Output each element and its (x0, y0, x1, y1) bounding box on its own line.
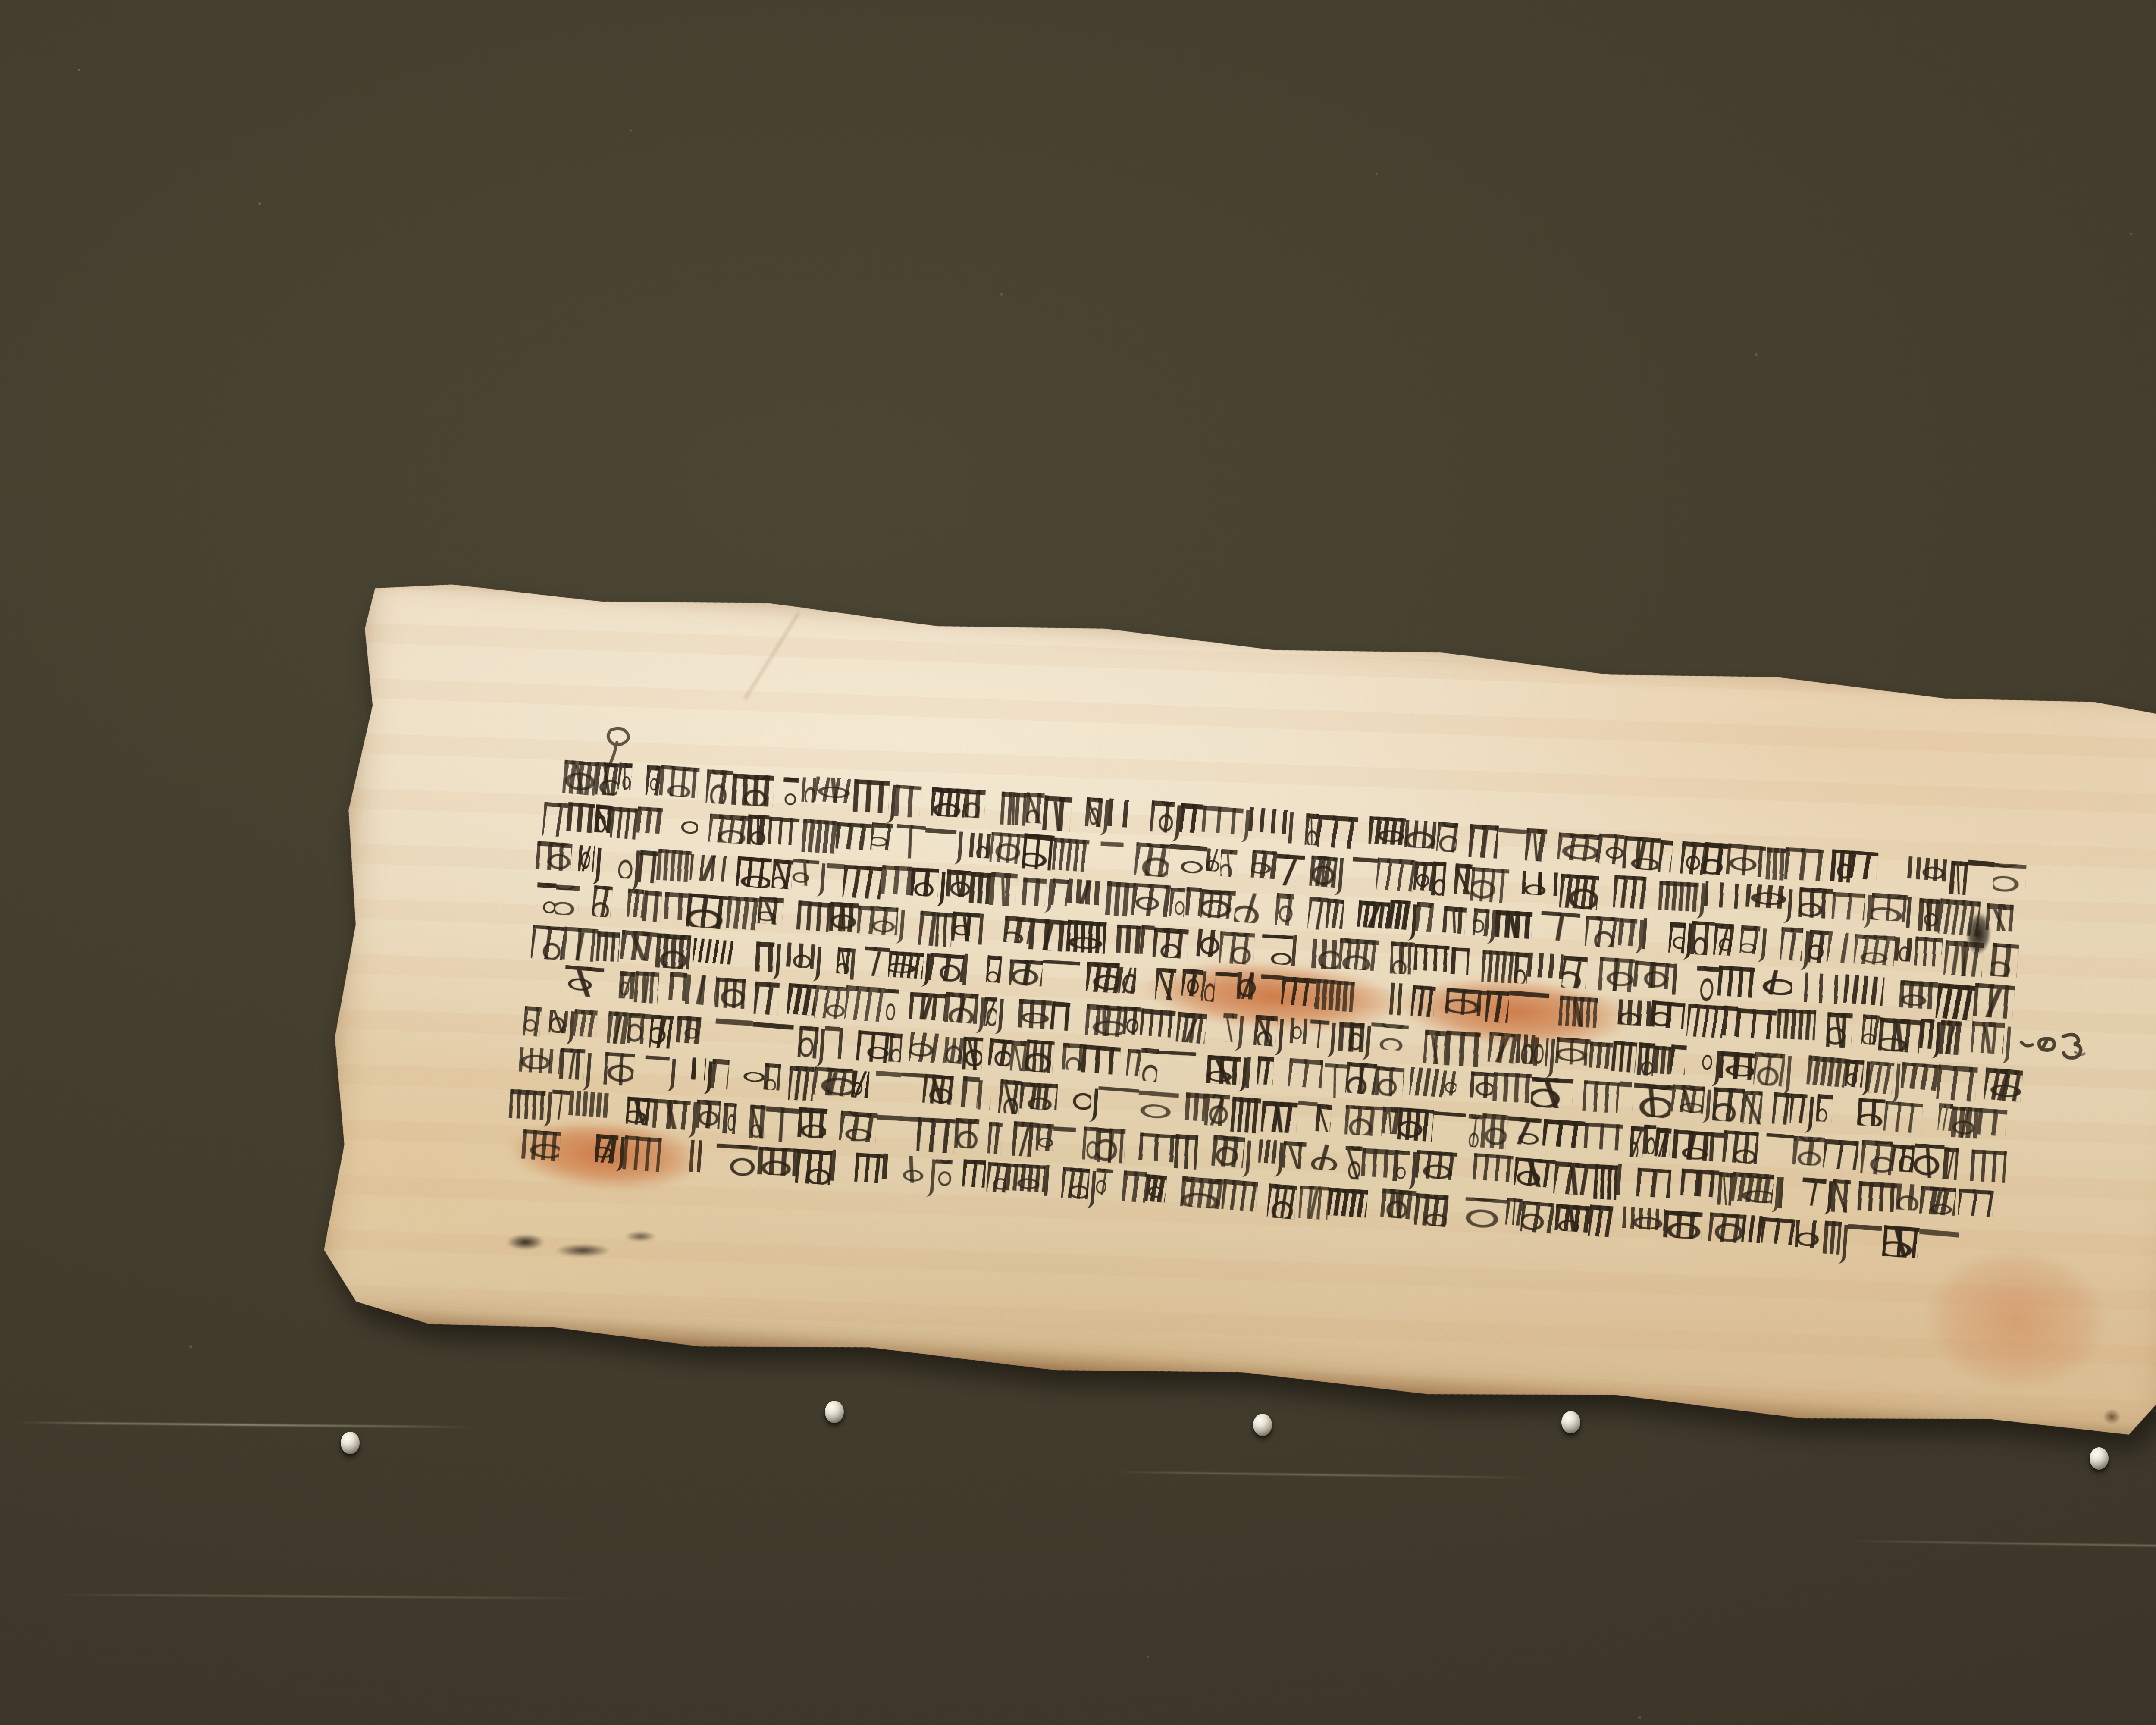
word-gap (992, 1079, 1001, 1083)
script-glyph-cluster (1919, 1186, 1956, 1216)
word-gap (1058, 1084, 1070, 1088)
script-glyph-cluster (1505, 1198, 1523, 1226)
script-glyph-cluster (969, 833, 991, 859)
script-glyph-cluster (1808, 930, 1829, 963)
script-glyph-cluster (1315, 1104, 1332, 1132)
word-gap (542, 1007, 551, 1011)
script-glyph-cluster (1139, 1048, 1159, 1082)
script-glyph-cluster (1795, 1220, 1824, 1249)
word-gap (1741, 884, 1747, 888)
script-glyph-cluster (1296, 1101, 1318, 1134)
word-gap (781, 1064, 790, 1068)
script-glyph-cluster (961, 1076, 980, 1108)
script-glyph-cluster (1480, 1113, 1508, 1149)
word-gap (663, 809, 680, 813)
script-glyph-cluster (1633, 960, 1674, 990)
script-glyph-cluster (1761, 1217, 1795, 1245)
script-glyph-cluster (962, 1159, 986, 1188)
word-gap (2007, 1151, 2009, 1154)
script-glyph-cluster (870, 822, 893, 850)
script-glyph-cluster (1680, 1169, 1720, 1198)
pin (2090, 1447, 2109, 1470)
script-glyph-cluster (555, 884, 580, 916)
script-glyph-cluster (1713, 923, 1734, 956)
script-glyph-cluster (1745, 884, 1786, 909)
script-glyph-cluster (924, 828, 957, 856)
script-glyph-cluster (1042, 795, 1072, 832)
word-gap (2011, 1025, 2015, 1029)
word-gap (1683, 963, 1697, 967)
word-gap (2007, 1108, 2021, 1112)
script-glyph-cluster (1764, 1133, 1794, 1162)
script-glyph-cluster (854, 1153, 884, 1183)
script-glyph-cluster (1468, 824, 1498, 859)
script-glyph-cluster (1096, 1086, 1139, 1121)
script-glyph-cluster (1846, 1224, 1882, 1258)
script-glyph-cluster (1899, 980, 1938, 1010)
word-gap (783, 899, 798, 903)
script-glyph-cluster (1221, 1179, 1258, 1212)
script-glyph-cluster (1376, 858, 1415, 892)
descender-stroke (665, 1058, 676, 1092)
word-gap (1354, 980, 1365, 985)
descender-stroke (894, 909, 905, 944)
word-gap (1106, 922, 1118, 926)
script-glyph-cluster (1185, 887, 1202, 916)
script-glyph-cluster (1857, 1098, 1886, 1127)
word-gap (1124, 841, 1136, 845)
word-gap (1244, 1014, 1256, 1019)
script-glyph-cluster (918, 911, 937, 946)
script-glyph-cluster (627, 1013, 652, 1045)
script-glyph-cluster (1445, 988, 1488, 1016)
word-gap (2015, 987, 2017, 990)
word-gap (1189, 928, 1199, 932)
script-glyph-cluster (1507, 991, 1550, 1026)
script-glyph-cluster (1094, 1168, 1113, 1196)
script-glyph-cluster (1515, 1034, 1535, 1064)
word-gap (979, 1120, 989, 1124)
script-glyph-cluster (1702, 842, 1728, 876)
script-glyph-cluster (685, 974, 717, 1006)
script-glyph-cluster (1883, 1101, 1923, 1134)
word-gap (1628, 1165, 1638, 1169)
script-glyph-cluster (928, 953, 964, 982)
script-glyph-cluster (951, 912, 980, 942)
script-glyph-cluster (893, 1155, 929, 1184)
word-gap (963, 830, 971, 834)
script-glyph-cluster (1431, 862, 1446, 896)
script-glyph-cluster (1131, 883, 1171, 917)
script-glyph-cluster (989, 832, 1025, 864)
script-glyph-cluster (788, 1066, 814, 1101)
script-glyph-cluster (1680, 841, 1705, 875)
script-glyph-cluster (876, 1115, 918, 1144)
photo-backdrop (0, 0, 2156, 1725)
script-glyph-cluster (1918, 898, 1940, 932)
script-glyph-cluster (1390, 941, 1415, 975)
script-glyph-cluster (1861, 1014, 1880, 1045)
word-gap (1763, 1091, 1774, 1095)
word-gap (612, 887, 628, 891)
script-glyph-cluster (1022, 833, 1054, 870)
scratch-line (17, 1421, 474, 1428)
word-gap (1457, 1070, 1471, 1074)
script-glyph-cluster (1206, 1055, 1241, 1085)
script-glyph-cluster (1345, 1062, 1377, 1095)
script-glyph-cluster (542, 802, 568, 837)
script-glyph-cluster (1617, 999, 1652, 1026)
script-glyph-cluster (1653, 1046, 1671, 1075)
script-glyph-cluster (1823, 1139, 1859, 1170)
script-glyph-cluster (1454, 863, 1472, 894)
word-gap (1404, 1066, 1411, 1070)
descender-stroke (770, 943, 781, 980)
script-glyph-cluster (1650, 1000, 1686, 1029)
descender-stroke (1861, 894, 1872, 928)
script-glyph-cluster (563, 965, 605, 998)
word-gap (793, 1024, 800, 1028)
script-glyph-cluster (1423, 1030, 1447, 1065)
script-glyph-cluster (1709, 1132, 1724, 1162)
script-glyph-cluster (1613, 875, 1646, 909)
word-gap (1125, 1130, 1140, 1134)
script-glyph-cluster (835, 822, 871, 850)
script-glyph-cluster (1722, 1006, 1738, 1036)
script-glyph-cluster (857, 906, 898, 935)
script-glyph-cluster (1214, 972, 1238, 1007)
script-glyph-cluster (1281, 976, 1317, 1007)
word-gap (729, 1060, 740, 1065)
word-gap (1959, 1147, 1972, 1151)
script-glyph-cluster (1470, 1071, 1494, 1099)
script-glyph-cluster (1636, 1168, 1671, 1198)
word-gap (1792, 888, 1800, 891)
script-glyph-cluster (656, 849, 692, 882)
word-gap (1671, 1168, 1682, 1172)
script-glyph-cluster (1611, 1041, 1637, 1073)
word-gap (572, 844, 580, 847)
word-gap (1905, 855, 1909, 859)
word-gap (1434, 903, 1444, 908)
script-glyph-cluster (1487, 1032, 1517, 1064)
script-glyph-cluster (578, 884, 594, 913)
script-glyph-cluster (796, 900, 830, 932)
text-block (307, 568, 2156, 1453)
script-glyph-cluster (1765, 847, 1786, 881)
script-glyph-cluster (1018, 999, 1052, 1029)
scratch-line (52, 1594, 591, 1600)
word-gap (659, 972, 671, 976)
script-glyph-cluster (1451, 947, 1470, 975)
script-glyph-cluster (916, 1117, 956, 1153)
script-glyph-cluster (988, 1038, 1012, 1067)
script-glyph-cluster (1126, 1049, 1141, 1076)
descender-stroke (564, 1011, 574, 1045)
script-glyph-cluster (1843, 974, 1885, 1006)
script-glyph-cluster (1669, 1044, 1686, 1075)
script-glyph-cluster (1375, 1066, 1405, 1098)
script-glyph-cluster (617, 762, 633, 790)
script-glyph-cluster (1943, 940, 1984, 977)
script-glyph-cluster (1784, 847, 1824, 881)
danda-mark (1288, 812, 1300, 844)
script-glyph-cluster (1155, 968, 1176, 1001)
script-glyph-cluster (1361, 1148, 1395, 1178)
word-gap (597, 1011, 608, 1015)
word-gap (1758, 1133, 1767, 1137)
script-glyph-cluster (1907, 856, 1948, 882)
script-glyph-cluster (829, 902, 859, 932)
script-glyph-cluster (1637, 1042, 1655, 1076)
script-glyph-cluster (1404, 820, 1438, 849)
script-glyph-cluster (1977, 1108, 2007, 1136)
word-gap (701, 1018, 716, 1022)
word-gap (953, 1158, 964, 1163)
word-gap (1653, 919, 1670, 923)
script-glyph-cluster (836, 947, 852, 974)
script-glyph-cluster (1658, 840, 1673, 872)
script-glyph-cluster (922, 1074, 954, 1105)
word-gap (974, 955, 987, 959)
script-glyph-cluster (1220, 849, 1238, 877)
word-gap (1767, 926, 1782, 931)
script-glyph-cluster (655, 933, 691, 969)
script-glyph-cluster (607, 1011, 629, 1044)
word-gap (1980, 900, 1987, 904)
script-glyph-cluster (986, 1162, 1008, 1192)
script-glyph-cluster (536, 882, 556, 915)
word-gap (1573, 1078, 1584, 1082)
script-glyph-cluster (1317, 815, 1358, 849)
script-glyph-cluster (1492, 1072, 1532, 1103)
script-glyph-cluster (1432, 1111, 1466, 1144)
script-glyph-cluster (771, 859, 793, 889)
script-glyph-cluster (1717, 966, 1755, 998)
script-glyph-cluster (676, 1016, 702, 1044)
script-glyph-cluster (636, 806, 663, 834)
script-glyph-cluster (618, 971, 635, 999)
script-glyph-cluster (1514, 1157, 1556, 1188)
script-glyph-cluster (627, 889, 644, 918)
script-glyph-cluster (753, 982, 780, 1015)
script-glyph-cluster (1062, 1043, 1083, 1071)
script-glyph-cluster (620, 930, 658, 961)
word-gap (921, 784, 933, 789)
script-glyph-cluster (559, 1130, 597, 1154)
script-glyph-cluster (1936, 1064, 1978, 1102)
script-glyph-cluster (1832, 1096, 1859, 1122)
script-glyph-cluster (1951, 1106, 1979, 1138)
script-glyph-cluster (1473, 1153, 1514, 1182)
descender-stroke (952, 831, 963, 865)
script-glyph-cluster (1137, 1090, 1179, 1125)
script-glyph-cluster (888, 951, 924, 979)
script-glyph-cluster (1275, 893, 1294, 926)
script-glyph-cluster (722, 1103, 737, 1134)
script-glyph-cluster (1830, 849, 1852, 882)
script-glyph-cluster (1530, 1077, 1573, 1109)
descender-stroke (1485, 909, 1496, 944)
script-glyph-cluster (1584, 1123, 1623, 1151)
word-gap (1509, 868, 1523, 872)
script-glyph-cluster (633, 971, 659, 1004)
script-glyph-cluster (1585, 916, 1620, 948)
script-glyph-cluster (1971, 1021, 2005, 1054)
script-glyph-cluster (1298, 1186, 1329, 1220)
word-gap (1824, 849, 1833, 853)
dust-specks (78, 69, 80, 71)
script-glyph-cluster (1415, 1150, 1457, 1180)
script-glyph-cluster (739, 1062, 765, 1085)
word-gap (1977, 1067, 1986, 1071)
script-glyph-cluster (1290, 1018, 1308, 1044)
script-glyph-cluster (1753, 1052, 1785, 1086)
pin (825, 1401, 844, 1423)
script-glyph-cluster (1485, 990, 1509, 1023)
script-glyph-cluster (874, 1071, 902, 1104)
script-glyph-cluster (1369, 1022, 1409, 1051)
word-gap (1167, 1174, 1182, 1179)
script-glyph-cluster (595, 762, 619, 796)
script-glyph-cluster (519, 1047, 561, 1074)
script-glyph-cluster (1854, 934, 1896, 966)
script-glyph-cluster (909, 1032, 946, 1063)
script-glyph-cluster (1937, 1103, 1953, 1131)
word-gap (1587, 956, 1600, 960)
script-glyph-cluster (1753, 969, 1793, 996)
script-glyph-cluster (1731, 1172, 1774, 1204)
script-glyph-cluster (1009, 959, 1043, 986)
word-gap (1332, 1103, 1346, 1107)
word-gap (1255, 932, 1263, 936)
script-glyph-cluster (1261, 1101, 1298, 1134)
word-gap (1923, 1102, 1939, 1107)
script-glyph-cluster (814, 985, 846, 1020)
word-gap (899, 989, 911, 994)
script-glyph-cluster (1105, 881, 1134, 917)
script-glyph-cluster (1118, 967, 1136, 994)
word-gap (632, 764, 647, 768)
script-glyph-cluster (763, 1063, 781, 1090)
script-glyph-cluster (943, 1037, 964, 1064)
script-glyph-cluster (1041, 960, 1080, 994)
script-glyph-cluster (1174, 1134, 1198, 1170)
script-glyph-cluster (1850, 850, 1879, 880)
script-glyph-cluster (1632, 1083, 1673, 1119)
script-glyph-cluster (1520, 1201, 1554, 1233)
script-glyph-cluster (1506, 1116, 1542, 1146)
word-gap (1072, 795, 1087, 800)
word-gap (1470, 948, 1483, 952)
word-gap (849, 1028, 859, 1032)
script-glyph-cluster (705, 769, 733, 804)
script-glyph-cluster (731, 774, 774, 807)
script-glyph-cluster (686, 893, 728, 929)
script-glyph-cluster (839, 1111, 877, 1143)
script-glyph-cluster (1559, 874, 1599, 910)
word-gap (1358, 816, 1370, 820)
word-gap (2023, 1071, 2027, 1075)
script-glyph-cluster (1012, 1121, 1037, 1157)
script-glyph-cluster (1181, 969, 1203, 997)
script-glyph-cluster (1816, 1094, 1833, 1122)
descender-stroke (920, 953, 931, 987)
script-glyph-cluster (1067, 878, 1104, 906)
script-glyph-cluster (1415, 902, 1434, 932)
script-glyph-cluster (768, 817, 799, 846)
script-glyph-cluster (1630, 1126, 1644, 1158)
script-glyph-cluster (1798, 887, 1833, 919)
script-glyph-cluster (883, 989, 899, 1021)
pin (341, 1432, 360, 1454)
script-glyph-cluster (1157, 1051, 1196, 1084)
danda-mark (962, 954, 974, 985)
word-gap (1134, 800, 1152, 804)
script-glyph-cluster (1259, 974, 1283, 1008)
script-glyph-cluster (824, 863, 844, 899)
script-glyph-cluster (664, 892, 688, 920)
rubricated-text (520, 1128, 691, 1183)
word-gap (986, 789, 1002, 794)
word-gap (774, 774, 784, 778)
manuscript-page (307, 568, 2156, 1453)
script-glyph-cluster (1211, 1135, 1245, 1168)
script-glyph-cluster (1206, 848, 1222, 872)
script-glyph-cluster (787, 983, 816, 1016)
script-glyph-cluster (1397, 1107, 1434, 1142)
script-glyph-cluster (1052, 838, 1090, 872)
script-glyph-cluster (642, 890, 662, 922)
script-glyph-cluster (1410, 985, 1436, 1017)
script-glyph-cluster (1622, 836, 1661, 871)
script-glyph-cluster (749, 1105, 766, 1139)
word-gap (737, 1103, 751, 1107)
script-glyph-cluster (736, 856, 772, 888)
word-gap (1305, 853, 1312, 857)
word-gap (1300, 812, 1307, 815)
script-glyph-cluster (786, 942, 815, 969)
script-glyph-cluster (1382, 1107, 1399, 1134)
script-glyph-cluster (934, 1159, 953, 1186)
script-glyph-cluster (801, 819, 837, 854)
word-gap (602, 846, 619, 850)
danda-mark (1906, 897, 1918, 928)
word-gap (1984, 941, 1993, 945)
script-glyph-cluster (696, 1100, 721, 1129)
script-glyph-cluster (678, 810, 699, 837)
script-glyph-cluster (1882, 1225, 1920, 1258)
script-glyph-cluster (910, 867, 939, 897)
script-glyph-cluster (1719, 1051, 1755, 1080)
script-glyph-cluster (1878, 1017, 1921, 1053)
script-glyph-cluster (1082, 1127, 1099, 1160)
script-glyph-cluster (1558, 996, 1598, 1028)
word-gap (1702, 1212, 1710, 1216)
script-glyph-cluster (1351, 857, 1378, 891)
script-glyph-cluster (603, 1052, 635, 1086)
word-gap (1446, 863, 1456, 868)
script-glyph-cluster (1025, 793, 1044, 824)
word-gap (1368, 1189, 1382, 1193)
script-glyph-cluster (852, 779, 890, 813)
script-glyph-cluster (1326, 898, 1344, 929)
script-glyph-cluster (801, 777, 816, 803)
descender-stroke (1700, 1089, 1711, 1123)
script-glyph-cluster (954, 1118, 980, 1149)
script-glyph-cluster (946, 869, 971, 898)
script-glyph-cluster (1414, 1193, 1448, 1227)
